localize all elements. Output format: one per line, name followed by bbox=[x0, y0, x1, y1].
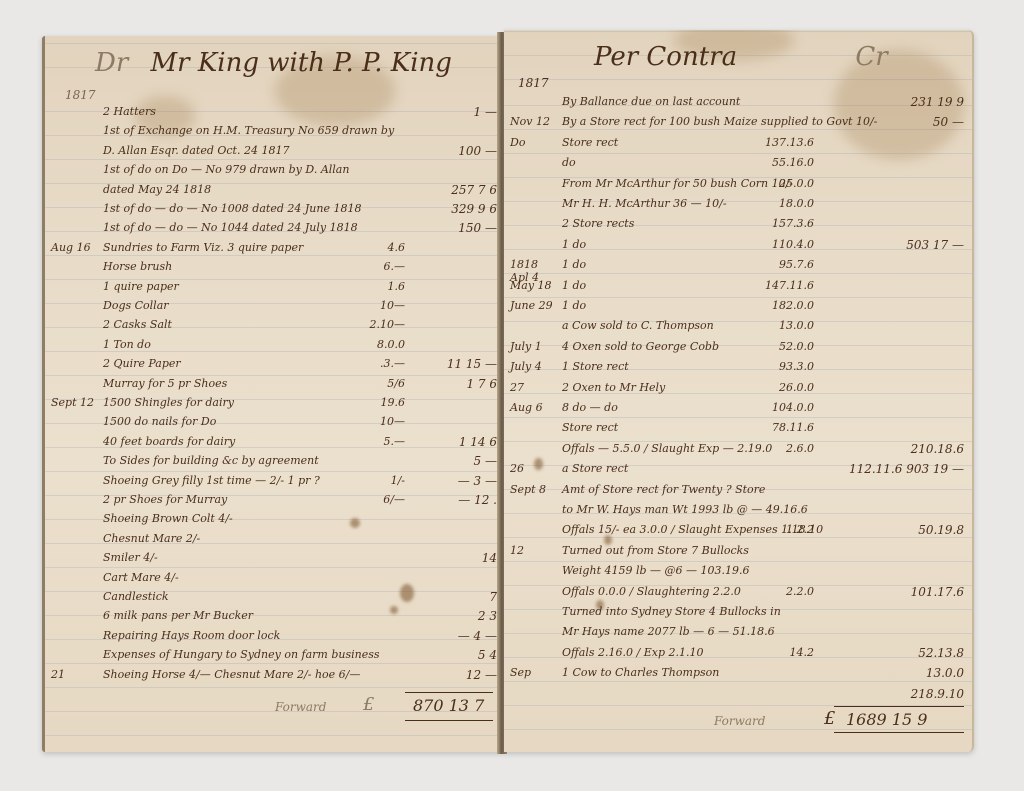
ledger-row: 1st of do — do — No 1044 dated 24 July 1… bbox=[45, 218, 503, 238]
entry-description: 2 Casks Salt bbox=[103, 318, 172, 331]
entry-date: May 18 bbox=[510, 279, 554, 292]
entry-amount: 210.18.6 bbox=[814, 442, 964, 456]
entry-description: 1 do bbox=[562, 238, 586, 251]
entry-description: Cart Mare 4/- bbox=[103, 571, 179, 584]
entry-date: Aug 6 bbox=[510, 401, 554, 414]
entry-description: Shoeing Grey filly 1st time — 2/- 1 pr ? bbox=[103, 474, 320, 487]
year-label: 1817 bbox=[518, 76, 549, 90]
entry-description: 2 Oxen to Mr Hely bbox=[562, 381, 665, 394]
entry-description: D. Allan Esqr. dated Oct. 24 1817 bbox=[103, 144, 289, 157]
entry-amount: 503 17 — bbox=[814, 238, 964, 252]
entry-subtotal: 19.6 bbox=[345, 396, 405, 409]
entry-date: 27 bbox=[510, 381, 554, 394]
entry-subtotal: 52.0.0 bbox=[754, 340, 814, 353]
ledger-row: Smiler 4/-14 bbox=[45, 548, 503, 568]
entry-amount: 1 — bbox=[405, 105, 497, 119]
ledger-row: 272 Oxen to Mr Hely26.0.0 bbox=[504, 378, 972, 398]
ledger-row: Candlestick7 bbox=[45, 587, 503, 607]
ledger-row: a Cow sold to C. Thompson13.0.0 bbox=[504, 316, 972, 336]
entry-description: 1 Ton do bbox=[103, 338, 151, 351]
entry-description: Expenses of Hungary to Sydney on farm bu… bbox=[103, 648, 380, 661]
ledger-row: 2 Quire Paper.3.—11 15 — bbox=[45, 354, 503, 374]
entry-date: Sep bbox=[510, 666, 554, 679]
entry-amount: 12 — bbox=[405, 668, 497, 682]
entry-amount: 52.13.8 bbox=[814, 646, 964, 660]
ledger-row: Mr Hays name 2077 lb — 6 — 51.18.6 bbox=[504, 622, 972, 642]
entry-amount: 2 3 bbox=[405, 609, 497, 623]
entry-amount: 7 bbox=[405, 590, 497, 604]
entry-description: Candlestick bbox=[103, 590, 169, 603]
ledger-row: By Ballance due on last account231 19 9 bbox=[504, 92, 972, 112]
currency-symbol: £ bbox=[363, 694, 374, 715]
entry-amount: 329 9 6 bbox=[405, 202, 497, 216]
entry-date: 21 bbox=[51, 668, 95, 681]
contra-title: Per Contra bbox=[594, 42, 737, 72]
total-rule bbox=[834, 732, 964, 733]
account-title: Mr King with P. P. King bbox=[151, 48, 452, 78]
entry-subtotal: 147.11.6 bbox=[754, 279, 814, 292]
forward-total: 1689 15 9 bbox=[846, 710, 927, 729]
entry-amount: 5 — bbox=[405, 454, 497, 468]
entry-subtotal: 2.10— bbox=[345, 318, 405, 331]
entry-description: Store rect bbox=[562, 421, 618, 434]
entry-subtotal: 25.0.0 bbox=[754, 177, 814, 190]
entry-subtotal: 157.3.6 bbox=[754, 217, 814, 230]
entry-amount: 50.19.8 bbox=[814, 523, 964, 537]
entry-description: Murray for 5 pr Shoes bbox=[103, 377, 227, 390]
entry-description: 2 Hatters bbox=[103, 105, 156, 118]
entry-subtotal: .3.— bbox=[345, 357, 405, 370]
entry-description: a Cow sold to C. Thompson bbox=[562, 319, 714, 332]
entry-description: to Mr W. Hays man Wt 1993 lb @ — 49.16.6 bbox=[562, 503, 808, 516]
forward-label: Forward bbox=[714, 714, 765, 728]
entry-description: By Ballance due on last account bbox=[562, 95, 740, 108]
entry-description: Weight 4159 lb — @6 — 103.19.6 bbox=[562, 564, 750, 577]
ledger-row: 1st of Exchange on H.M. Treasury No 659 … bbox=[45, 121, 503, 141]
entry-description: 1st of do — do — No 1044 dated 24 July 1… bbox=[103, 221, 358, 234]
entry-subtotal: 1.6 bbox=[345, 280, 405, 293]
entry-amount: 150 — bbox=[405, 221, 497, 235]
ledger-row: Repairing Hays Room door lock— 4 — bbox=[45, 626, 503, 646]
entry-date: July 4 bbox=[510, 360, 554, 373]
ledger-row: Store rect78.11.6 bbox=[504, 418, 972, 438]
entry-description: Horse brush bbox=[103, 260, 172, 273]
entry-description: 1 Cow to Charles Thompson bbox=[562, 666, 719, 679]
entry-amount: — 4 — bbox=[405, 629, 497, 643]
entry-description: 40 feet boards for dairy bbox=[103, 435, 235, 448]
page-heading: Dr Mr King with P. P. King bbox=[95, 48, 452, 78]
ledger-row: 1818 Apl 41 do95.7.6 bbox=[504, 255, 972, 275]
entry-description: Chesnut Mare 2/- bbox=[103, 532, 200, 545]
entry-subtotal: 4.6 bbox=[345, 241, 405, 254]
ledger-row: do55.16.0 bbox=[504, 153, 972, 173]
entry-amount: 100 — bbox=[405, 144, 497, 158]
ledger-row: 1st of do on Do — No 979 drawn by D. All… bbox=[45, 160, 503, 180]
entry-subtotal: 78.11.6 bbox=[754, 421, 814, 434]
entry-description: Shoeing Brown Colt 4/- bbox=[103, 512, 233, 525]
entry-date: 12 bbox=[510, 544, 554, 557]
ledger-row: Sep1 Cow to Charles Thompson13.0.0 bbox=[504, 663, 972, 683]
entry-description: To Sides for building &c by agreement bbox=[103, 454, 319, 467]
entry-subtotal: 14.2 bbox=[754, 646, 814, 659]
ledger-row: 40 feet boards for dairy5.—1 14 6 bbox=[45, 432, 503, 452]
ledger-row: DoStore rect137.13.6 bbox=[504, 133, 972, 153]
entry-amount: 218.9.10 bbox=[814, 687, 964, 701]
entry-description: do bbox=[562, 156, 576, 169]
right-page: Per Contra Cr 1817 By Ballance due on la… bbox=[504, 30, 974, 752]
entry-description: Amt of Store rect for Twenty ? Store bbox=[562, 483, 765, 496]
entry-description: 6 milk pans per Mr Bucker bbox=[103, 609, 253, 622]
ledger-row: 218.9.10 bbox=[504, 684, 972, 704]
entry-date: July 1 bbox=[510, 340, 554, 353]
entry-description: Dogs Collar bbox=[103, 299, 169, 312]
forward-total: 870 13 7 bbox=[413, 696, 484, 715]
entry-subtotal: 55.16.0 bbox=[754, 156, 814, 169]
entry-description: Turned out from Store 7 Bullocks bbox=[562, 544, 749, 557]
total-rule bbox=[834, 706, 964, 707]
ledger-row: 26a Store rect112.11.6 903 19 — bbox=[504, 459, 972, 479]
ledger-row: Horse brush6.— bbox=[45, 257, 503, 277]
entry-amount: 101.17.6 bbox=[814, 585, 964, 599]
entry-description: Mr H. H. McArthur 36 — 10/- bbox=[562, 197, 727, 210]
ledger-row: 2 pr Shoes for Murray6/—— 12 . bbox=[45, 490, 503, 510]
entry-amount: — 12 . bbox=[405, 493, 497, 507]
entry-description: 8 do — do bbox=[562, 401, 618, 414]
ledger-row: Aug 16Sundries to Farm Viz. 3 quire pape… bbox=[45, 238, 503, 258]
entry-amount: 1 7 6 bbox=[405, 377, 497, 391]
entry-subtotal: 10— bbox=[345, 415, 405, 428]
debit-label: Dr bbox=[95, 48, 128, 78]
ledger-row: Nov 12By a Store rect for 100 bush Maize… bbox=[504, 112, 972, 132]
entry-subtotal: 110.4.0 bbox=[754, 238, 814, 251]
entry-date: Sept 12 bbox=[51, 396, 95, 409]
currency-symbol: £ bbox=[824, 708, 835, 729]
entry-amount: 14 bbox=[405, 551, 497, 565]
entry-description: 1500 do nails for Do bbox=[103, 415, 216, 428]
entry-date: Sept 8 bbox=[510, 483, 554, 496]
entry-amount: — 3 — bbox=[405, 474, 497, 488]
entry-description: Offals — 5.5.0 / Slaught Exp — 2.19.0 bbox=[562, 442, 772, 455]
entry-subtotal: 13.0.0 bbox=[754, 319, 814, 332]
entry-description: 1 do bbox=[562, 258, 586, 271]
year-label: 1817 bbox=[65, 88, 96, 102]
ledger-row: Chesnut Mare 2/- bbox=[45, 529, 503, 549]
entry-description: 2 pr Shoes for Murray bbox=[103, 493, 227, 506]
entry-amount: 257 7 6 bbox=[405, 183, 497, 197]
entry-description: 1st of Exchange on H.M. Treasury No 659 … bbox=[103, 124, 394, 137]
entry-subtotal: 5.— bbox=[345, 435, 405, 448]
entry-date: 26 bbox=[510, 462, 554, 475]
entry-amount: 11 15 — bbox=[405, 357, 497, 371]
entry-subtotal: 95.7.6 bbox=[754, 258, 814, 271]
ledger-row: From Mr McArthur for 50 bush Corn 10/-25… bbox=[504, 174, 972, 194]
entry-description: Turned into Sydney Store 4 Bullocks in bbox=[562, 605, 781, 618]
ledger-row: dated May 24 1818257 7 6 bbox=[45, 180, 503, 200]
ledger-row: 1500 do nails for Do10— bbox=[45, 412, 503, 432]
entry-date: Aug 16 bbox=[51, 241, 95, 254]
ledger-row: 1 quire paper1.6 bbox=[45, 277, 503, 297]
ledger-row: Cart Mare 4/- bbox=[45, 568, 503, 588]
entry-subtotal: 182.0.0 bbox=[754, 299, 814, 312]
entry-description: a Store rect bbox=[562, 462, 628, 475]
entry-subtotal: 26.0.0 bbox=[754, 381, 814, 394]
ledger-row: 2 Store rects157.3.6 bbox=[504, 214, 972, 234]
entry-description: dated May 24 1818 bbox=[103, 183, 211, 196]
ledger-row: Shoeing Brown Colt 4/- bbox=[45, 509, 503, 529]
credit-label: Cr bbox=[855, 42, 887, 72]
ledger-row: Offals 0.0.0 / Slaughtering 2.2.02.2.010… bbox=[504, 582, 972, 602]
page-heading: Per Contra Cr bbox=[594, 42, 888, 72]
ledger-row: 1 do110.4.0503 17 — bbox=[504, 235, 972, 255]
total-rule bbox=[405, 720, 493, 721]
left-page: Dr Mr King with P. P. King 1817 2 Hatter… bbox=[42, 36, 503, 752]
entry-description: Offals 0.0.0 / Slaughtering 2.2.0 bbox=[562, 585, 741, 598]
entry-date: Do bbox=[510, 136, 554, 149]
entry-subtotal: 5/6 bbox=[345, 377, 405, 390]
ledger-book: Dr Mr King with P. P. King 1817 2 Hatter… bbox=[42, 28, 974, 756]
ledger-row: Offals 2.16.0 / Exp 2.1.1014.252.13.8 bbox=[504, 643, 972, 663]
forward-label: Forward bbox=[275, 700, 326, 714]
ledger-row: Turned into Sydney Store 4 Bullocks in bbox=[504, 602, 972, 622]
entry-description: Repairing Hays Room door lock bbox=[103, 629, 280, 642]
ledger-row: to Mr W. Hays man Wt 1993 lb @ — 49.16.6 bbox=[504, 500, 972, 520]
entry-description: Mr Hays name 2077 lb — 6 — 51.18.6 bbox=[562, 625, 775, 638]
entry-date: June 29 bbox=[510, 299, 554, 312]
ledger-row: 12Turned out from Store 7 Bullocks bbox=[504, 541, 972, 561]
entry-description: 1st of do — do — No 1008 dated 24 June 1… bbox=[103, 202, 361, 215]
ledger-row: Aug 68 do — do104.0.0 bbox=[504, 398, 972, 418]
entry-subtotal: 18.0.0 bbox=[754, 197, 814, 210]
entry-description: 1st of do on Do — No 979 drawn by D. All… bbox=[103, 163, 349, 176]
entry-description: 1 do bbox=[562, 279, 586, 292]
ledger-row: 1 Ton do8.0.0 bbox=[45, 335, 503, 355]
ledger-row: Sept 8Amt of Store rect for Twenty ? Sto… bbox=[504, 480, 972, 500]
ledger-row: July 14 Oxen sold to George Cobb52.0.0 bbox=[504, 337, 972, 357]
entry-date: Nov 12 bbox=[510, 115, 554, 128]
entry-subtotal: 104.0.0 bbox=[754, 401, 814, 414]
ledger-row: Offals — 5.5.0 / Slaught Exp — 2.19.02.6… bbox=[504, 439, 972, 459]
entry-subtotal: 2.2.0 bbox=[754, 585, 814, 598]
entry-description: Smiler 4/- bbox=[103, 551, 158, 564]
entry-subtotal: 1/- bbox=[345, 474, 405, 487]
ledger-row: Expenses of Hungary to Sydney on farm bu… bbox=[45, 645, 503, 665]
ledger-row: 2 Casks Salt2.10— bbox=[45, 315, 503, 335]
entry-subtotal: 6.— bbox=[345, 260, 405, 273]
ledger-row: D. Allan Esqr. dated Oct. 24 1817100 — bbox=[45, 141, 503, 161]
entry-description: 2 Quire Paper bbox=[103, 357, 181, 370]
entry-amount: 5 4 bbox=[405, 648, 497, 662]
entry-subtotal: 6/— bbox=[345, 493, 405, 506]
entry-subtotal: 2.6.0 bbox=[754, 442, 814, 455]
ledger-row: July 41 Store rect93.3.0 bbox=[504, 357, 972, 377]
entry-subtotal: 8.0.0 bbox=[345, 338, 405, 351]
ledger-row: To Sides for building &c by agreement5 — bbox=[45, 451, 503, 471]
ledger-row: 1st of do — do — No 1008 dated 24 June 1… bbox=[45, 199, 503, 219]
entry-description: 4 Oxen sold to George Cobb bbox=[562, 340, 719, 353]
ledger-row: Sept 121500 Shingles for dairy19.6 bbox=[45, 393, 503, 413]
ledger-row: May 181 do147.11.6 bbox=[504, 276, 972, 296]
entry-description: 1 quire paper bbox=[103, 280, 179, 293]
entry-description: Store rect bbox=[562, 136, 618, 149]
entry-subtotal: 10— bbox=[345, 299, 405, 312]
entry-amount: 50 — bbox=[814, 115, 964, 129]
entry-description: Shoeing Horse 4/— Chesnut Mare 2/- hoe 6… bbox=[103, 668, 360, 681]
ledger-row: Dogs Collar10— bbox=[45, 296, 503, 316]
entry-subtotal: 93.3.0 bbox=[754, 360, 814, 373]
entry-description: 1 do bbox=[562, 299, 586, 312]
entry-amount: 231 19 9 bbox=[814, 95, 964, 109]
ledger-row: Offals 15/- ea 3.0.0 / Slaught Expenses … bbox=[504, 520, 972, 540]
entry-description: Offals 2.16.0 / Exp 2.1.10 bbox=[562, 646, 703, 659]
ledger-row: 6 milk pans per Mr Bucker2 3 bbox=[45, 606, 503, 626]
ledger-row: Mr H. H. McArthur 36 — 10/-18.0.0 bbox=[504, 194, 972, 214]
total-rule bbox=[405, 692, 493, 693]
ledger-row: 21Shoeing Horse 4/— Chesnut Mare 2/- hoe… bbox=[45, 665, 503, 685]
entry-subtotal: 137.13.6 bbox=[754, 136, 814, 149]
ledger-row: Weight 4159 lb — @6 — 103.19.6 bbox=[504, 561, 972, 581]
ledger-row: 2 Hatters1 — bbox=[45, 102, 503, 122]
entry-description: Sundries to Farm Viz. 3 quire paper bbox=[103, 241, 303, 254]
entry-amount: 13.0.0 bbox=[814, 666, 964, 680]
entry-amount: 112.11.6 903 19 — bbox=[814, 462, 964, 476]
ledger-row: Shoeing Grey filly 1st time — 2/- 1 pr ?… bbox=[45, 471, 503, 491]
entry-description: 2 Store rects bbox=[562, 217, 634, 230]
ledger-row: Murray for 5 pr Shoes5/61 7 6 bbox=[45, 374, 503, 394]
entry-amount: 1 14 6 bbox=[405, 435, 497, 449]
entry-description: 1 Store rect bbox=[562, 360, 629, 373]
entry-description: 1500 Shingles for dairy bbox=[103, 396, 234, 409]
entry-subtotal: 1.2.2 bbox=[754, 523, 814, 536]
ledger-row: June 291 do182.0.0 bbox=[504, 296, 972, 316]
